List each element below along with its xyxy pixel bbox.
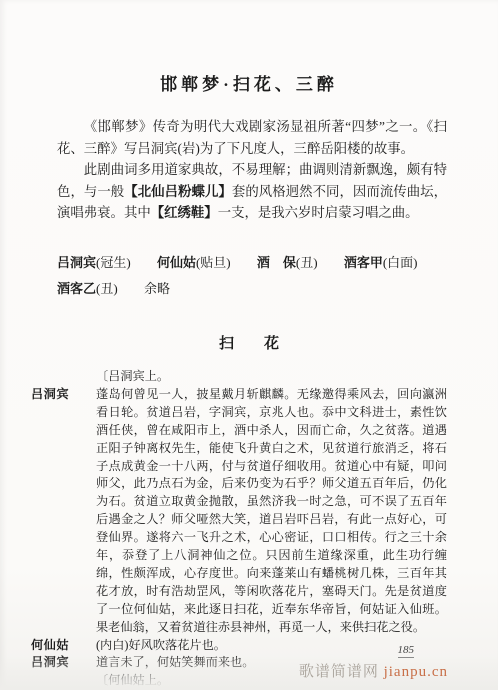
cast-entry: 酒 保(丑) — [257, 250, 318, 276]
stage-direction: 〔吕洞宾上。 — [96, 368, 447, 386]
intro-paragraph-1: 《邯郸梦》传奇为明代大戏剧家汤显祖所著“四梦”之一。《扫花、三醉》写吕洞宾(岩)… — [57, 116, 447, 159]
dialogue-text: (内白)好风吹落花片也。 — [96, 637, 447, 655]
dialogue-row: 何仙姑 (内白)好风吹落花片也。 — [31, 637, 447, 655]
page-number: 185 — [398, 644, 415, 658]
cast-role: (贴旦) — [196, 255, 231, 270]
speaker-label: 何仙姑 — [31, 637, 96, 655]
page-title: 邯郸梦·扫花、三醉 — [0, 0, 498, 95]
cast-role: (丑) — [296, 255, 318, 270]
watermark-site-url: jianpu.cn — [384, 664, 448, 680]
cast-role: (冠生) — [96, 255, 131, 270]
cast-role: (丑) — [96, 281, 118, 296]
speaker-label: 吕洞宾 — [31, 386, 96, 404]
cast-name: 酒客甲 — [344, 255, 383, 270]
cast-name: 酒 保 — [257, 255, 296, 270]
cast-entry: 余略 — [144, 276, 170, 302]
cast-name: 吕洞宾 — [57, 255, 96, 270]
cast-row-1: 吕洞宾(冠生) 何仙姑(贴旦) 酒 保(丑) 酒客甲(白面) — [57, 250, 452, 276]
cast-entry: 酒客甲(白面) — [344, 250, 418, 276]
cast-list: 吕洞宾(冠生) 何仙姑(贴旦) 酒 保(丑) 酒客甲(白面) 酒客乙(丑) 余略 — [57, 250, 452, 302]
cast-entry: 酒客乙(丑) — [57, 276, 118, 302]
scene-heading: 扫 花 — [0, 332, 498, 353]
intro-section: 《邯郸梦》传奇为明代大戏剧家汤显祖所著“四梦”之一。《扫花、三醉》写吕洞宾(岩)… — [57, 116, 447, 224]
tune-name-hongxiuxie: 【红绣鞋】 — [151, 205, 218, 220]
watermark-site-name: 歌谱简谱网 — [299, 664, 379, 680]
cast-role: (白面) — [383, 255, 418, 270]
cast-row-2: 酒客乙(丑) 余略 — [57, 276, 452, 302]
script-body: 〔吕洞宾上。 吕洞宾 蓬岛何曾见一人，披星戴月斩麒麟。无缘邀得乘风去，回向瀛洲看… — [31, 368, 447, 690]
cast-entry: 吕洞宾(冠生) — [57, 250, 131, 276]
cast-entry: 何仙姑(贴旦) — [157, 250, 231, 276]
intro-p2-post: 一支，是我六岁时启蒙习唱之曲。 — [218, 205, 419, 220]
cast-name: 酒客乙 — [57, 281, 96, 296]
dialogue-text: 蓬岛何曾见一人，披星戴月斩麒麟。无缘邀得乘风去，回向瀛洲看日轮。贫道吕岩，字洞宾… — [96, 386, 447, 637]
cast-name: 何仙姑 — [157, 255, 196, 270]
intro-paragraph-1-text: 《邯郸梦》传奇为明代大戏剧家汤显祖所著“四梦”之一。《扫花、三醉》写吕洞宾(岩)… — [57, 119, 447, 156]
dialogue-row: 吕洞宾 蓬岛何曾见一人，披星戴月斩麒麟。无缘邀得乘风去，回向瀛洲看日轮。贫道吕岩… — [31, 386, 447, 637]
book-page: 邯郸梦·扫花、三醉 《邯郸梦》传奇为明代大戏剧家汤显祖所著“四梦”之一。《扫花、… — [0, 0, 498, 690]
intro-paragraph-2: 此剧曲词多用道家典故，不易理解；曲调则清新飘逸，颇有特色，与一般【北仙吕粉蝶儿】… — [57, 159, 447, 224]
watermark: 歌谱简谱网 jianpu.cn — [299, 660, 448, 681]
cast-others-note: 余略 — [144, 281, 170, 296]
tune-name-fendieer: 【北仙吕粉蝶儿】 — [124, 184, 232, 199]
